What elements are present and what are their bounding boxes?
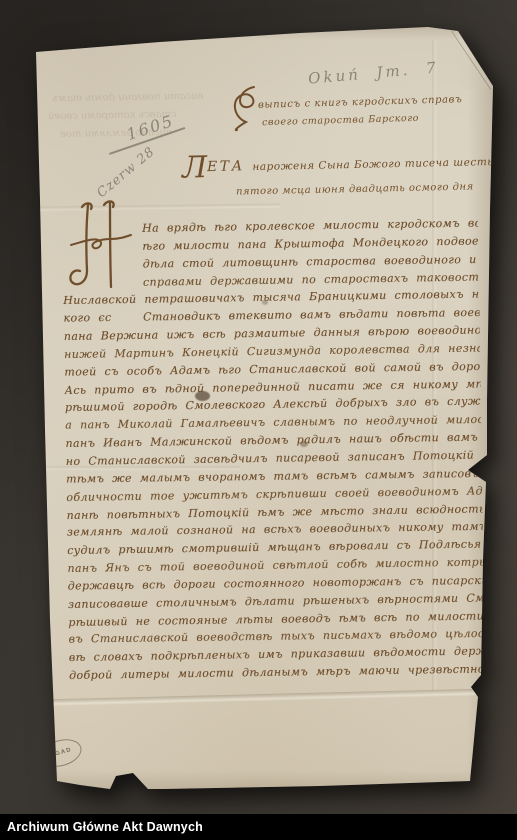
horizontal-fold-crease [40, 689, 490, 707]
manuscript-body: На врядѣ ѣго кролевское милости кгродско… [62, 216, 485, 686]
archival-photo: висати повгани домѣ тамъ ставсь которами… [0, 0, 517, 840]
archive-oval-stamp: AGAD [37, 735, 85, 772]
leta-continuation: нароженя Сына Божого тисеча шестьсотъ [245, 155, 517, 173]
paper-top-edge-shade [36, 26, 493, 40]
ink-blot [195, 391, 210, 401]
calligraphic-flourish [224, 84, 260, 136]
stamp-text: AGAD [49, 747, 72, 759]
pencil-annotation-top-right: Okuń Jm. 7 [307, 58, 439, 87]
header-line-2: своего староства Барского [262, 113, 419, 128]
bleedthrough-text: висати повгани домѣ тамъ [52, 91, 204, 105]
ink-blot [262, 300, 268, 305]
manuscript-page: висати повгани домѣ тамъ ставсь которами… [0, 0, 517, 840]
leta-initial-letter: Л [182, 150, 208, 186]
header-line-1: выписъ с книгъ кгродскихъ справъ [258, 94, 463, 111]
caption-bar: Archiwum Główne Akt Dawnych [0, 814, 517, 840]
date-line: пятого мсца июня двадцать осмого дня [236, 182, 474, 198]
archive-caption: Archiwum Główne Akt Dawnych [0, 820, 203, 834]
pencil-annotation-date: Czerw 28 [94, 144, 158, 201]
paper-bottom-edge-shade [40, 770, 480, 792]
leta-word: ЕТА [207, 158, 245, 175]
ink-blot [300, 441, 308, 447]
paper-shadow: висати повгани домѣ тамъ ставсь которами… [0, 0, 517, 840]
